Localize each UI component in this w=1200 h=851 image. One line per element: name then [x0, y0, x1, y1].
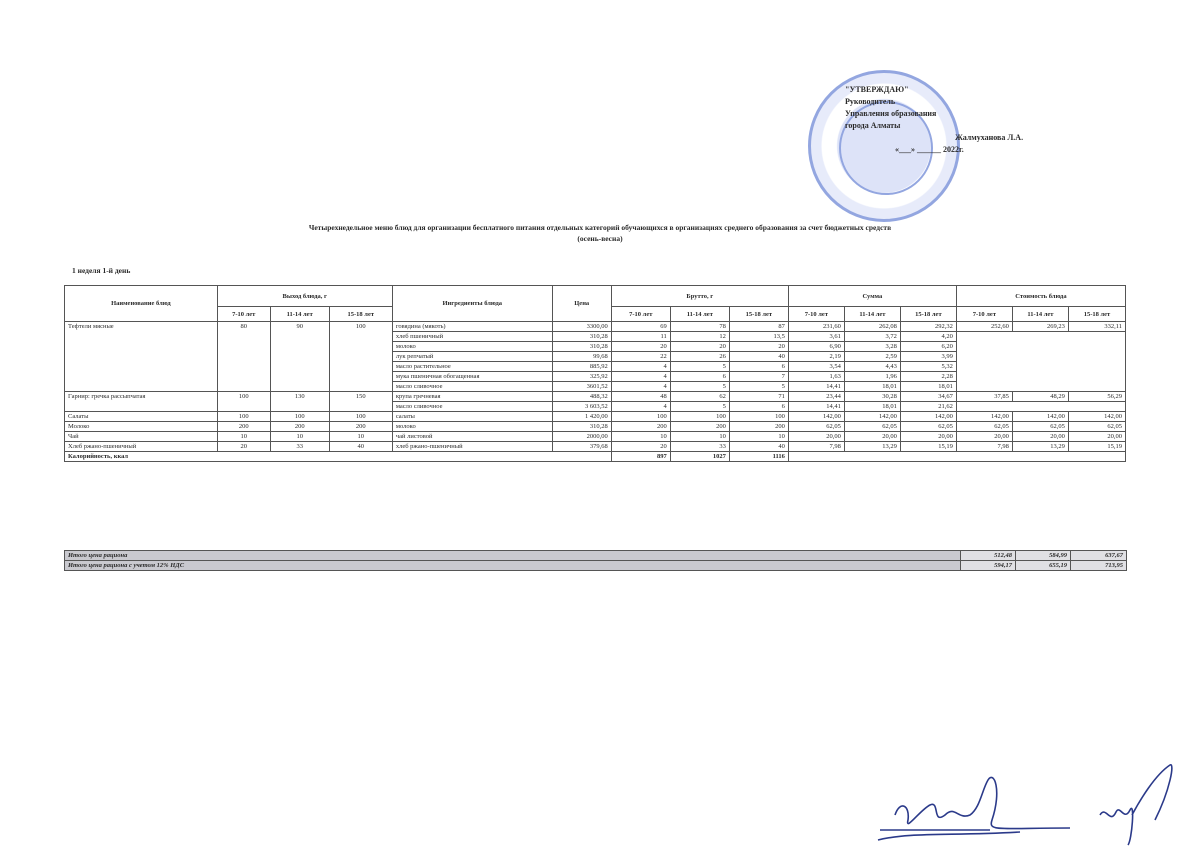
- table-row: Хлеб ржано-пшеничный203340хлеб ржано-пше…: [65, 442, 1126, 452]
- dish-cost: 7,98: [956, 442, 1012, 452]
- ingredient-gross: 10: [670, 432, 729, 442]
- ingredient-price: 310,28: [552, 342, 611, 352]
- age-header-yield-2: 15-18 лет: [329, 307, 392, 322]
- total-ration-row: Итого цена рациона 512,48 584,99 637,67: [65, 551, 1127, 561]
- ingredient-gross: 4: [611, 382, 670, 392]
- approval-line1: Руководитель: [845, 96, 1085, 108]
- ingredient-sum: 13,29: [844, 442, 900, 452]
- ingredient-gross: 200: [670, 422, 729, 432]
- ingredient-sum: 142,00: [900, 412, 956, 422]
- ingredient-gross: 200: [611, 422, 670, 432]
- ingredient-price: 310,28: [552, 332, 611, 342]
- title-subtitle: (осень-весна): [160, 233, 1040, 244]
- ingredient-gross: 12: [670, 332, 729, 342]
- calories-blank: [788, 452, 1125, 462]
- ingredient-sum: 15,19: [900, 442, 956, 452]
- age-header-cost-2: 15-18 лет: [1068, 307, 1125, 322]
- ingredient-sum: 142,00: [788, 412, 844, 422]
- total-ration-vat-7-10: 594,17: [961, 561, 1016, 571]
- dish-yield: 200: [217, 422, 270, 432]
- ingredient-gross: 11: [611, 332, 670, 342]
- ingredient-sum: 2,19: [788, 352, 844, 362]
- ingredient-sum: 18,01: [844, 402, 900, 412]
- calories-value: 1116: [729, 452, 788, 462]
- ingredient-gross: 4: [611, 372, 670, 382]
- dish-cost: 48,29: [1012, 392, 1068, 402]
- ingredient-gross: 71: [729, 392, 788, 402]
- ingredient-gross: 40: [729, 442, 788, 452]
- table-row: Салаты100100100салаты1 420,0010010010014…: [65, 412, 1126, 422]
- ingredient-sum: 20,00: [900, 432, 956, 442]
- ingredient-gross: 20: [670, 342, 729, 352]
- menu-body: Тефтели мясные8090100говядина (мякоть)33…: [65, 322, 1126, 462]
- ingredient-sum: 20,00: [788, 432, 844, 442]
- dish-cost-blank: [956, 402, 1125, 412]
- ingredient-gross: 6: [670, 372, 729, 382]
- header-gross: Брутто, г: [611, 286, 788, 307]
- approval-date: «___» ______ 2022г.: [845, 144, 1085, 156]
- dish-yield: 40: [329, 442, 392, 452]
- ingredient-sum: 262,08: [844, 322, 900, 332]
- week-day-label: 1 неделя 1-й день: [72, 266, 130, 275]
- header-price: Цена: [552, 286, 611, 322]
- dish-cost: 252,60: [956, 322, 1012, 332]
- ingredient-sum: 3,28: [844, 342, 900, 352]
- ingredient-gross: 6: [729, 362, 788, 372]
- dish-cost: 269,23: [1012, 322, 1068, 332]
- ingredient-price: 885,92: [552, 362, 611, 372]
- ingredient-price: 488,32: [552, 392, 611, 402]
- ingredient-gross: 5: [670, 402, 729, 412]
- dish-cost: 142,00: [1068, 412, 1125, 422]
- header-dish-cost: Стоимость блюда: [956, 286, 1125, 307]
- total-ration-15-18: 637,67: [1071, 551, 1127, 561]
- ingredient-name: крупа гречневая: [392, 392, 552, 402]
- ingredient-price: 99,68: [552, 352, 611, 362]
- age-header-yield-1: 11-14 лет: [270, 307, 329, 322]
- ingredient-sum: 231,60: [788, 322, 844, 332]
- ingredient-sum: 6,90: [788, 342, 844, 352]
- age-header-cost-1: 11-14 лет: [1012, 307, 1068, 322]
- ingredient-gross: 20: [611, 342, 670, 352]
- ingredient-sum: 18,01: [844, 382, 900, 392]
- age-header-sum-2: 15-18 лет: [900, 307, 956, 322]
- ingredient-gross: 20: [729, 342, 788, 352]
- dish-yield: 100: [329, 412, 392, 422]
- dish-name: Салаты: [65, 412, 218, 422]
- ingredient-gross: 5: [670, 382, 729, 392]
- ingredient-sum: 3,99: [900, 352, 956, 362]
- dish-yield: 200: [329, 422, 392, 432]
- ingredient-sum: 21,62: [900, 402, 956, 412]
- ingredient-name: лук репчатый: [392, 352, 552, 362]
- dish-name: Хлеб ржано-пшеничный: [65, 442, 218, 452]
- age-header-sum-0: 7-10 лет: [788, 307, 844, 322]
- dish-name: Молоко: [65, 422, 218, 432]
- ingredient-gross: 100: [670, 412, 729, 422]
- total-ration-7-10: 512,48: [961, 551, 1016, 561]
- totals-table: Итого цена рациона 512,48 584,99 637,67 …: [64, 550, 1127, 571]
- ingredient-gross: 78: [670, 322, 729, 332]
- ingredient-sum: 142,00: [844, 412, 900, 422]
- ingredient-name: хлеб ржано-пшеничный: [392, 442, 552, 452]
- approval-header: "УТВЕРЖДАЮ": [845, 84, 1085, 96]
- header-ingredients: Ингредиенты блюда: [392, 286, 552, 322]
- dish-cost: 62,05: [1012, 422, 1068, 432]
- ingredient-sum: 2,59: [844, 352, 900, 362]
- ingredient-sum: 14,41: [788, 382, 844, 392]
- dish-yield: 200: [270, 422, 329, 432]
- ingredient-gross: 20: [611, 442, 670, 452]
- dish-yield: 10: [217, 432, 270, 442]
- total-ration-11-14: 584,99: [1016, 551, 1071, 561]
- header-sum: Сумма: [788, 286, 956, 307]
- dish-yield: 100: [329, 322, 392, 392]
- dish-cost-blank: [956, 332, 1125, 392]
- ingredient-sum: 1,63: [788, 372, 844, 382]
- ingredient-gross: 87: [729, 322, 788, 332]
- ingredient-sum: 30,28: [844, 392, 900, 402]
- dish-yield: 100: [270, 412, 329, 422]
- ingredient-gross: 7: [729, 372, 788, 382]
- ingredient-name: масло растительное: [392, 362, 552, 372]
- dish-cost: 142,00: [956, 412, 1012, 422]
- age-header-sum-1: 11-14 лет: [844, 307, 900, 322]
- ingredient-gross: 100: [729, 412, 788, 422]
- ingredient-name: чай листовой: [392, 432, 552, 442]
- calories-label: Калорийность, ккал: [65, 452, 612, 462]
- ingredient-price: 3 603,52: [552, 402, 611, 412]
- ingredient-sum: 62,05: [844, 422, 900, 432]
- document-title: Четырехнедельное меню блюд для организац…: [160, 222, 1040, 244]
- ingredient-gross: 48: [611, 392, 670, 402]
- ingredient-sum: 14,41: [788, 402, 844, 412]
- total-ration-vat-row: Итого цена рациона с учетом 12% НДС 594,…: [65, 561, 1127, 571]
- table-row: Гарнир: гречка рассыпчатая100130150крупа…: [65, 392, 1126, 402]
- ingredient-price: 325,92: [552, 372, 611, 382]
- title-text: Четырехнедельное меню блюд для организац…: [160, 222, 1040, 233]
- dish-yield: 100: [217, 412, 270, 422]
- ingredient-price: 379,68: [552, 442, 611, 452]
- ingredient-name: хлеб пшеничный: [392, 332, 552, 342]
- approval-signer: Жалмуханова Л.А.: [845, 132, 1085, 144]
- menu-table: Наименование блюд Выход блюда, г Ингреди…: [64, 285, 1126, 462]
- dish-cost: 20,00: [1068, 432, 1125, 442]
- dish-cost: 20,00: [956, 432, 1012, 442]
- ingredient-gross: 4: [611, 362, 670, 372]
- age-header-cost-0: 7-10 лет: [956, 307, 1012, 322]
- ingredient-sum: 34,67: [900, 392, 956, 402]
- header-yield: Выход блюда, г: [217, 286, 392, 307]
- dish-cost: 332,11: [1068, 322, 1125, 332]
- signatures: [870, 760, 1190, 850]
- ingredient-sum: 62,05: [788, 422, 844, 432]
- dish-yield: 150: [329, 392, 392, 412]
- ingredient-price: 3601,52: [552, 382, 611, 392]
- dish-name: Гарнир: гречка рассыпчатая: [65, 392, 218, 412]
- dish-cost: 20,00: [1012, 432, 1068, 442]
- ingredient-gross: 100: [611, 412, 670, 422]
- dish-yield: 10: [329, 432, 392, 442]
- ingredient-gross: 22: [611, 352, 670, 362]
- ingredient-sum: 4,20: [900, 332, 956, 342]
- approval-line3: города Алматы: [845, 120, 1085, 132]
- dish-cost: 62,05: [1068, 422, 1125, 432]
- ingredient-price: 2000,00: [552, 432, 611, 442]
- ingredient-sum: 4,43: [844, 362, 900, 372]
- ingredient-sum: 2,28: [900, 372, 956, 382]
- ingredient-gross: 200: [729, 422, 788, 432]
- dish-yield: 20: [217, 442, 270, 452]
- ingredient-name: мука пшеничная обогащенная: [392, 372, 552, 382]
- dish-name: Тефтели мясные: [65, 322, 218, 392]
- ingredient-sum: 7,98: [788, 442, 844, 452]
- dish-yield: 80: [217, 322, 270, 392]
- dish-yield: 90: [270, 322, 329, 392]
- ingredient-gross: 62: [670, 392, 729, 402]
- ingredient-sum: 1,96: [844, 372, 900, 382]
- table-row: Молоко200200200молоко310,2820020020062,0…: [65, 422, 1126, 432]
- ingredient-gross: 4: [611, 402, 670, 412]
- ingredient-sum: 3,54: [788, 362, 844, 372]
- dish-cost: 62,05: [956, 422, 1012, 432]
- ingredient-gross: 13,5: [729, 332, 788, 342]
- age-header-gross-0: 7-10 лет: [611, 307, 670, 322]
- age-header-yield-0: 7-10 лет: [217, 307, 270, 322]
- total-ration-vat-11-14: 655,19: [1016, 561, 1071, 571]
- ingredient-gross: 40: [729, 352, 788, 362]
- signature-1-icon: [878, 777, 1070, 840]
- ingredient-gross: 10: [611, 432, 670, 442]
- ingredient-sum: 23,44: [788, 392, 844, 402]
- ingredient-name: говядина (мякоть): [392, 322, 552, 332]
- ingredient-gross: 10: [729, 432, 788, 442]
- table-row: Чай101010чай листовой2000,0010101020,002…: [65, 432, 1126, 442]
- ingredient-price: 310,28: [552, 422, 611, 432]
- ingredient-name: молоко: [392, 422, 552, 432]
- table-row: Тефтели мясные8090100говядина (мякоть)33…: [65, 322, 1126, 332]
- total-ration-vat-label: Итого цена рациона с учетом 12% НДС: [65, 561, 961, 571]
- dish-name: Чай: [65, 432, 218, 442]
- ingredient-sum: 18,01: [900, 382, 956, 392]
- ingredient-gross: 6: [729, 402, 788, 412]
- ingredient-sum: 292,32: [900, 322, 956, 332]
- dish-yield: 100: [217, 392, 270, 412]
- dish-cost: 37,85: [956, 392, 1012, 402]
- ingredient-gross: 33: [670, 442, 729, 452]
- ingredient-gross: 69: [611, 322, 670, 332]
- ingredient-sum: 6,20: [900, 342, 956, 352]
- approval-block: "УТВЕРЖДАЮ" Руководитель Управления обра…: [845, 84, 1085, 156]
- ingredient-price: 3300,00: [552, 322, 611, 332]
- age-header-gross-2: 15-18 лет: [729, 307, 788, 322]
- calories-row: Калорийность, ккал89710271116: [65, 452, 1126, 462]
- calories-value: 1027: [670, 452, 729, 462]
- ingredient-gross: 5: [670, 362, 729, 372]
- ingredient-gross: 5: [729, 382, 788, 392]
- total-ration-label: Итого цена рациона: [65, 551, 961, 561]
- approval-line2: Управления образования: [845, 108, 1085, 120]
- ingredient-sum: 3,72: [844, 332, 900, 342]
- age-header-gross-1: 11-14 лет: [670, 307, 729, 322]
- header-dish-name: Наименование блюд: [65, 286, 218, 322]
- ingredient-sum: 20,00: [844, 432, 900, 442]
- ingredient-name: масло сливочное: [392, 382, 552, 392]
- signature-2-icon: [1100, 765, 1172, 845]
- ingredient-sum: 62,05: [900, 422, 956, 432]
- ingredient-name: молоко: [392, 342, 552, 352]
- ingredient-gross: 26: [670, 352, 729, 362]
- ingredient-sum: 5,32: [900, 362, 956, 372]
- calories-value: 897: [611, 452, 670, 462]
- dish-cost: 56,29: [1068, 392, 1125, 402]
- dish-cost: 15,19: [1068, 442, 1125, 452]
- ingredient-price: 1 420,00: [552, 412, 611, 422]
- dish-cost: 13,29: [1012, 442, 1068, 452]
- total-ration-vat-15-18: 713,95: [1071, 561, 1127, 571]
- dish-cost: 142,00: [1012, 412, 1068, 422]
- ingredient-sum: 3,61: [788, 332, 844, 342]
- dish-yield: 130: [270, 392, 329, 412]
- dish-yield: 10: [270, 432, 329, 442]
- dish-yield: 33: [270, 442, 329, 452]
- ingredient-name: масло сливочное: [392, 402, 552, 412]
- ingredient-name: салаты: [392, 412, 552, 422]
